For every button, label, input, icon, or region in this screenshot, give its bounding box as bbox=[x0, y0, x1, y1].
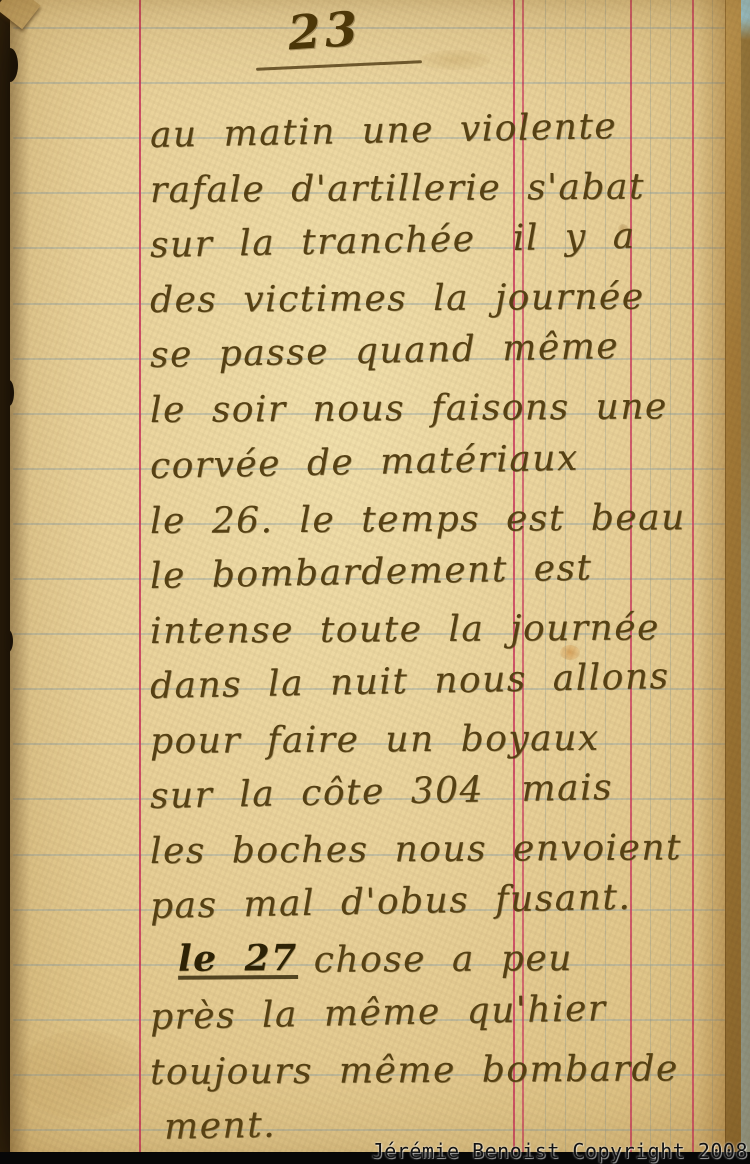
binding-bump bbox=[4, 380, 14, 406]
paper-stain bbox=[420, 50, 490, 70]
notebook-page-scan: 23 au matin une violenterafale d'artille… bbox=[0, 0, 750, 1164]
handwritten-line: dans la nuit nous allons bbox=[149, 648, 736, 714]
handwritten-line: se passe quand même bbox=[149, 317, 736, 383]
page-number: 23 bbox=[286, 2, 363, 62]
binding-bump bbox=[4, 630, 13, 652]
handwritten-line: corvée de matériaux bbox=[149, 427, 736, 493]
handwritten-line: le bombardement est bbox=[149, 538, 736, 604]
binding-shadow bbox=[10, 0, 30, 1164]
binding-edge bbox=[0, 0, 10, 1164]
handwritten-line: pas mal d'obus fusant. bbox=[149, 868, 736, 934]
handwritten-line: sur la côte 304 mais bbox=[149, 758, 736, 824]
scanner-background bbox=[741, 0, 750, 1164]
entry-date-emphasis: le 27 bbox=[178, 943, 298, 980]
page-edge bbox=[725, 0, 741, 1164]
handwritten-line: au matin une violente bbox=[149, 97, 736, 163]
page-number-underline bbox=[256, 60, 422, 71]
horizontal-rule-line bbox=[13, 82, 735, 84]
red-margin-line bbox=[139, 0, 141, 1152]
handwritten-line: près la même qu'hier bbox=[149, 978, 736, 1044]
copyright-watermark: Jérémie Benoist Copyright 2008 bbox=[372, 1139, 748, 1163]
page-curl-shading bbox=[696, 0, 726, 1164]
horizontal-rule-line bbox=[13, 27, 735, 29]
handwritten-line: sur la tranchée il y a bbox=[149, 207, 736, 273]
binding-bump bbox=[2, 48, 18, 82]
handwriting-block: au matin une violenterafale d'artillerie… bbox=[150, 108, 736, 1155]
